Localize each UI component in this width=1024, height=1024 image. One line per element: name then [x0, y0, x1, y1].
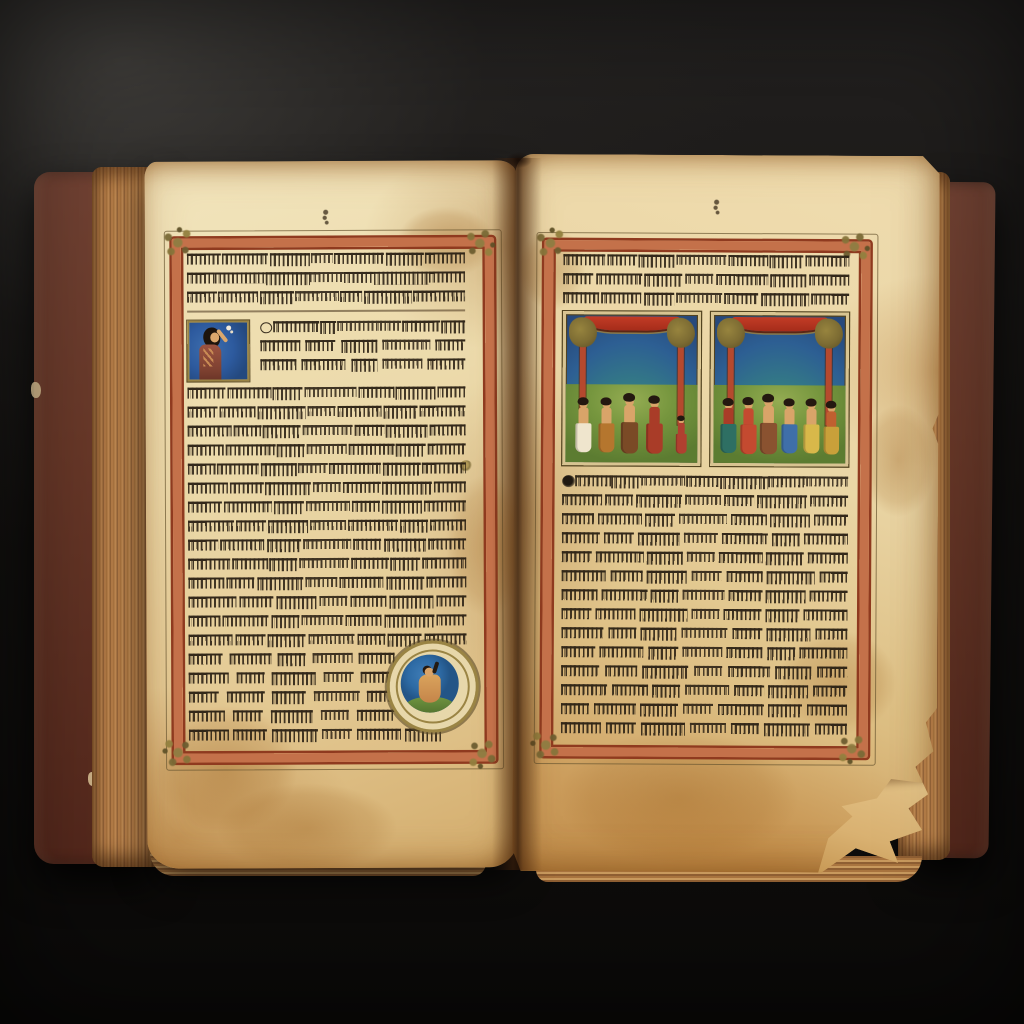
word-strokes — [188, 501, 222, 512]
painted-figure — [822, 400, 841, 453]
word-strokes — [767, 628, 811, 641]
word-strokes — [310, 272, 344, 282]
word-strokes — [767, 571, 815, 584]
word-strokes — [188, 406, 218, 417]
word-strokes — [594, 703, 636, 714]
word-strokes — [761, 293, 809, 306]
word-strokes — [301, 615, 343, 625]
text-line — [188, 481, 466, 494]
word-strokes — [337, 321, 401, 331]
word-strokes — [430, 424, 466, 435]
word-strokes — [229, 653, 271, 664]
word-strokes — [425, 252, 465, 263]
tree-foliage — [667, 318, 695, 348]
word-strokes — [257, 577, 303, 590]
word-strokes — [686, 476, 720, 487]
word-strokes — [226, 691, 264, 702]
word-strokes — [313, 691, 359, 701]
word-strokes — [803, 609, 847, 620]
body-text-block — [561, 475, 848, 735]
painted-figure — [738, 396, 758, 453]
word-strokes — [233, 729, 267, 740]
figure-hair — [677, 415, 685, 420]
word-strokes — [601, 589, 647, 600]
word-strokes — [562, 589, 598, 600]
word-strokes — [270, 558, 298, 571]
painted-figure — [644, 395, 664, 453]
word-strokes — [321, 710, 349, 720]
word-strokes — [217, 463, 259, 474]
word-strokes — [436, 614, 466, 625]
figure-hair — [762, 393, 774, 402]
medallion-wrap-zone — [189, 652, 467, 722]
word-strokes — [605, 494, 633, 505]
word-strokes — [605, 665, 637, 676]
figure-torso — [743, 407, 753, 424]
word-strokes — [694, 666, 722, 676]
word-strokes — [644, 274, 682, 287]
miniature-painting-standing-figure — [187, 320, 249, 381]
word-strokes — [260, 463, 296, 476]
painted-figure — [718, 397, 737, 453]
word-strokes — [188, 615, 220, 626]
word-strokes — [638, 533, 680, 546]
painted-figure — [573, 397, 592, 453]
text-line — [563, 273, 849, 286]
final-text-line — [189, 729, 441, 742]
seated-figure-robe — [419, 675, 441, 703]
word-strokes — [731, 723, 759, 734]
word-strokes — [295, 291, 339, 301]
word-strokes — [396, 387, 436, 400]
word-strokes — [356, 729, 400, 740]
word-strokes — [277, 444, 305, 457]
word-strokes — [683, 590, 725, 600]
text-line — [562, 570, 848, 583]
text-line — [561, 627, 847, 640]
tree-foliage — [569, 317, 597, 347]
word-strokes — [434, 481, 466, 492]
word-strokes — [437, 386, 465, 397]
word-strokes — [595, 551, 643, 562]
text-line — [187, 290, 465, 303]
word-strokes — [384, 615, 434, 628]
text-line — [561, 703, 847, 716]
word-strokes — [188, 520, 234, 531]
word-strokes — [278, 653, 306, 666]
word-strokes — [772, 533, 800, 546]
word-strokes — [224, 501, 272, 512]
word-strokes — [272, 672, 316, 685]
word-strokes — [223, 615, 269, 626]
miniature-panel-garden-scene-five-figures — [562, 311, 701, 466]
word-strokes — [645, 514, 675, 527]
word-strokes — [608, 627, 636, 638]
painted-figure — [801, 398, 820, 454]
word-strokes — [308, 406, 336, 416]
word-strokes — [402, 321, 440, 332]
word-strokes — [720, 476, 768, 489]
wrapped-text-block — [189, 653, 395, 723]
word-strokes — [684, 533, 718, 543]
word-strokes — [561, 665, 599, 676]
word-strokes — [610, 570, 642, 581]
word-strokes — [641, 628, 677, 641]
word-strokes — [374, 272, 430, 285]
word-strokes — [260, 291, 294, 304]
figure-torso — [826, 410, 836, 426]
figure-garment — [575, 423, 591, 452]
word-strokes — [575, 475, 611, 486]
word-strokes — [422, 557, 466, 568]
text-line — [260, 339, 465, 352]
word-strokes — [804, 533, 848, 544]
word-strokes — [426, 576, 466, 587]
word-strokes — [766, 552, 804, 565]
figure-garment — [759, 422, 776, 453]
word-strokes — [382, 463, 420, 476]
word-strokes — [304, 387, 356, 397]
figure-hair — [601, 397, 612, 405]
word-strokes — [232, 558, 268, 569]
figure-hair — [742, 396, 753, 404]
word-strokes — [815, 723, 847, 734]
text-line — [188, 557, 466, 570]
left-text-column — [187, 252, 467, 748]
word-strokes — [768, 476, 806, 487]
figure-garment — [620, 421, 637, 452]
word-strokes — [764, 723, 810, 736]
figure-torso — [723, 408, 733, 425]
figure-torso — [601, 407, 611, 424]
text-line — [188, 538, 466, 551]
word-strokes — [273, 387, 303, 400]
word-strokes — [563, 273, 593, 284]
word-strokes — [357, 634, 385, 645]
figure-garment — [740, 423, 756, 453]
word-strokes — [263, 425, 301, 438]
word-strokes — [600, 646, 644, 657]
text-line — [188, 405, 466, 418]
miniature-panel-row — [562, 311, 849, 466]
text-line — [188, 519, 466, 532]
word-strokes — [303, 425, 353, 435]
word-strokes — [187, 273, 215, 284]
word-strokes — [384, 539, 426, 552]
word-strokes — [810, 495, 848, 506]
word-strokes — [768, 704, 802, 717]
word-strokes — [227, 387, 271, 398]
word-strokes — [766, 590, 806, 603]
word-strokes — [813, 685, 847, 696]
word-strokes — [806, 476, 848, 486]
text-line — [189, 691, 395, 704]
word-strokes — [305, 340, 335, 351]
word-strokes — [272, 729, 318, 742]
word-strokes — [303, 539, 351, 549]
word-strokes — [728, 255, 768, 266]
body-text-block — [187, 386, 466, 646]
section-divider — [187, 309, 465, 312]
word-strokes — [734, 685, 764, 696]
word-strokes — [676, 293, 722, 303]
miniature-row — [187, 319, 465, 381]
word-strokes — [805, 255, 849, 266]
word-strokes — [386, 577, 424, 590]
invocation-mark — [712, 199, 722, 215]
word-strokes — [341, 340, 377, 353]
illustrated-medallion-seated-figure — [387, 640, 479, 732]
corner-ornament — [465, 736, 499, 770]
word-strokes — [329, 463, 381, 474]
word-strokes — [815, 628, 847, 639]
word-strokes — [724, 293, 758, 304]
word-strokes — [342, 482, 380, 493]
word-strokes — [189, 691, 219, 702]
word-strokes — [225, 444, 275, 455]
word-strokes — [265, 482, 311, 495]
figure-garment — [823, 426, 839, 454]
word-strokes — [382, 482, 432, 495]
ink-doodle — [321, 209, 331, 225]
word-strokes — [271, 710, 313, 723]
word-strokes — [386, 425, 428, 438]
rubric-ring-glyph — [260, 322, 272, 333]
word-strokes — [723, 609, 761, 620]
word-strokes — [260, 359, 296, 370]
word-strokes — [227, 577, 255, 588]
word-strokes — [188, 596, 236, 607]
word-strokes — [271, 615, 299, 628]
word-strokes — [382, 501, 422, 514]
word-strokes — [647, 552, 683, 565]
word-strokes — [351, 359, 377, 372]
word-strokes — [323, 672, 353, 682]
word-strokes — [319, 596, 347, 606]
text-line — [189, 672, 395, 685]
figure-hair — [648, 395, 659, 403]
word-strokes — [770, 255, 804, 268]
word-strokes — [683, 704, 713, 714]
word-strokes — [351, 558, 389, 569]
word-strokes — [435, 339, 465, 350]
word-strokes — [348, 520, 398, 531]
word-strokes — [239, 596, 273, 607]
word-strokes — [420, 405, 466, 416]
figure-garment — [720, 424, 736, 453]
word-strokes — [642, 666, 688, 679]
word-strokes — [648, 647, 678, 660]
word-strokes — [188, 482, 228, 493]
word-strokes — [652, 685, 680, 698]
text-line — [189, 653, 395, 666]
right-text-column — [561, 254, 850, 742]
word-strokes — [390, 558, 420, 571]
word-strokes — [647, 571, 687, 584]
word-strokes — [189, 672, 229, 683]
word-strokes — [340, 291, 362, 302]
figure-torso — [784, 408, 794, 425]
word-strokes — [561, 684, 607, 695]
word-strokes — [320, 321, 336, 334]
word-strokes — [765, 609, 799, 622]
word-strokes — [724, 495, 754, 506]
figure-hair — [806, 398, 817, 406]
word-strokes — [187, 291, 217, 302]
word-strokes — [562, 494, 602, 505]
painted-figure — [779, 398, 798, 454]
text-line — [187, 386, 465, 399]
word-strokes — [189, 634, 233, 645]
word-strokes — [726, 571, 762, 582]
word-strokes — [767, 647, 795, 660]
word-strokes — [215, 272, 267, 283]
text-line — [187, 252, 465, 265]
word-strokes — [644, 293, 674, 306]
word-strokes — [687, 552, 715, 562]
word-strokes — [562, 570, 606, 581]
word-strokes — [639, 609, 687, 622]
word-strokes — [299, 558, 349, 568]
word-strokes — [807, 704, 847, 715]
word-strokes — [814, 514, 848, 525]
word-strokes — [808, 552, 848, 563]
word-strokes — [563, 292, 599, 303]
text-line — [188, 424, 466, 437]
word-strokes — [685, 495, 721, 505]
word-strokes — [636, 495, 682, 508]
text-line — [188, 614, 466, 627]
word-strokes — [731, 514, 767, 525]
figure-garment — [803, 424, 819, 453]
word-strokes — [428, 443, 466, 454]
word-strokes — [359, 653, 395, 664]
figure-torso — [806, 408, 816, 425]
text-line — [561, 608, 847, 621]
word-strokes — [189, 710, 225, 721]
word-strokes — [188, 444, 224, 455]
text-line — [260, 358, 465, 371]
word-strokes — [322, 729, 352, 739]
word-strokes — [651, 590, 679, 603]
word-strokes — [353, 539, 381, 550]
text-line — [562, 494, 848, 507]
word-strokes — [676, 255, 726, 265]
word-strokes — [385, 253, 423, 266]
word-strokes — [817, 666, 847, 677]
figure-garment — [781, 424, 797, 453]
word-strokes — [220, 406, 256, 417]
word-strokes — [189, 729, 229, 740]
tree — [665, 318, 696, 425]
word-strokes — [692, 571, 722, 581]
word-strokes — [396, 444, 426, 457]
figure-torso — [649, 406, 659, 424]
text-line — [188, 443, 466, 456]
text-line — [562, 589, 848, 602]
word-strokes — [364, 291, 412, 304]
word-strokes — [436, 595, 466, 606]
right-page — [512, 154, 940, 873]
word-strokes — [189, 653, 223, 664]
word-strokes — [601, 292, 641, 303]
worn-leather-chip — [31, 382, 41, 398]
word-strokes — [352, 501, 380, 512]
word-strokes — [310, 520, 346, 530]
text-line — [260, 320, 465, 333]
word-strokes — [313, 482, 341, 492]
top-text-block — [187, 252, 465, 303]
word-strokes — [312, 653, 352, 663]
word-strokes — [690, 723, 726, 733]
word-strokes — [727, 647, 763, 658]
word-strokes — [722, 533, 768, 544]
tree-foliage — [815, 318, 843, 348]
word-strokes — [562, 513, 594, 524]
word-strokes — [561, 627, 603, 638]
word-strokes — [770, 274, 806, 287]
word-strokes — [757, 495, 807, 508]
word-strokes — [424, 500, 466, 511]
word-strokes — [428, 538, 466, 549]
word-strokes — [799, 647, 847, 658]
tree-trunk — [677, 341, 683, 424]
word-strokes — [382, 340, 430, 350]
word-strokes — [728, 666, 770, 677]
text-line — [563, 292, 849, 305]
word-strokes — [357, 710, 395, 721]
word-strokes — [685, 685, 729, 695]
text-line — [562, 475, 848, 488]
painted-figure — [619, 392, 640, 452]
word-strokes — [768, 685, 808, 698]
text-line — [188, 595, 466, 608]
word-strokes — [604, 532, 634, 543]
word-strokes — [595, 608, 635, 619]
word-strokes — [307, 444, 347, 454]
word-strokes — [274, 501, 304, 514]
painted-figure — [674, 415, 687, 453]
text-line — [188, 576, 466, 589]
word-strokes — [233, 425, 261, 436]
figure-garment — [645, 422, 662, 452]
word-strokes — [639, 255, 675, 268]
flower-detail — [226, 325, 231, 330]
ink-blot — [562, 475, 575, 487]
word-strokes — [306, 501, 350, 511]
word-strokes — [561, 608, 591, 619]
text-beside-miniature — [249, 319, 465, 381]
word-strokes — [685, 274, 713, 284]
corner-ornament — [529, 728, 563, 762]
text-line — [563, 254, 849, 267]
word-strokes — [235, 634, 265, 645]
word-strokes — [273, 321, 319, 332]
word-strokes — [350, 596, 386, 607]
word-strokes — [679, 514, 727, 524]
word-strokes — [267, 539, 301, 552]
figure-torso — [763, 405, 774, 423]
word-strokes — [691, 609, 719, 619]
word-strokes — [188, 539, 218, 550]
miniature-panel-garden-scene-six-figures — [710, 312, 849, 467]
word-strokes — [305, 577, 337, 587]
word-strokes — [716, 274, 768, 285]
word-strokes — [641, 723, 685, 736]
word-strokes — [820, 571, 848, 582]
word-strokes — [308, 634, 354, 644]
word-strokes — [612, 684, 648, 695]
